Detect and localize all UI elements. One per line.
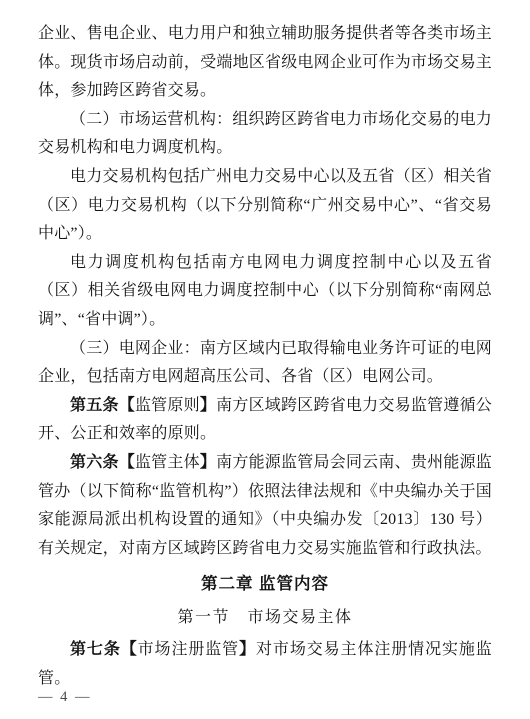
- paragraph: 电力交易机构包括广州电力交易中心以及五省（区）相关省（区）电力交易机构（以下分别…: [38, 163, 492, 249]
- article-label: 第五条【: [70, 397, 135, 414]
- paragraph-text: 监管主体: [135, 454, 200, 471]
- paragraph-text: 监管原则: [135, 397, 200, 414]
- paragraph: 企业、售电企业、电力用户和独立辅助服务提供者等各类市场主体。现货市场启动前，受端…: [38, 20, 492, 106]
- article-label: 】: [200, 397, 216, 414]
- paragraph-text: 企业、售电企业、电力用户和独立辅助服务提供者等各类市场主体。现货市场启动前，受端…: [38, 25, 492, 99]
- article-label: 】: [239, 641, 256, 658]
- paragraph: 第七条【市场注册监管】对市场交易主体注册情况实施监管。: [38, 636, 492, 693]
- article-label: 第六条【: [70, 454, 135, 471]
- article-label: 】: [200, 454, 216, 471]
- page-number: — 4 —: [38, 689, 92, 706]
- article-label: 第七条【: [70, 641, 138, 658]
- document-page: 企业、售电企业、电力用户和独立辅助服务提供者等各类市场主体。现货市场启动前，受端…: [0, 0, 530, 719]
- paragraph: 电力调度机构包括南方电网电力调度控制中心以及五省（区）相关省级电网电力调度控制中…: [38, 249, 492, 335]
- paragraph-text: （二）市场运营机构：组织跨区跨省电力市场化交易的电力交易机构和电力调度机构。: [38, 111, 492, 157]
- paragraph: （三）电网企业：南方区域内已取得输电业务许可证的电网企业，包括南方电网超高压公司…: [38, 335, 492, 392]
- paragraph: 第五条【监管原则】南方区域跨区跨省电力交易监管遵循公开、公正和效率的原则。: [38, 392, 492, 449]
- paragraph-text: 电力交易机构包括广州电力交易中心以及五省（区）相关省（区）电力交易机构（以下分别…: [38, 168, 492, 242]
- document-body: 企业、售电企业、电力用户和独立辅助服务提供者等各类市场主体。现货市场启动前，受端…: [38, 20, 492, 693]
- paragraph-text: 电力调度机构包括南方电网电力调度控制中心以及五省（区）相关省级电网电力调度控制中…: [38, 254, 492, 328]
- section-heading: 第一节 市场交易主体: [38, 603, 492, 632]
- chapter-heading: 第二章 监管内容: [38, 570, 492, 599]
- paragraph: 第六条【监管主体】南方能源监管局会同云南、贵州能源监管办（以下简称“监管机构”）…: [38, 449, 492, 563]
- paragraph: （二）市场运营机构：组织跨区跨省电力市场化交易的电力交易机构和电力调度机构。: [38, 106, 492, 163]
- paragraph-text: 市场注册监管: [138, 641, 239, 658]
- paragraph-text: （三）电网企业：南方区域内已取得输电业务许可证的电网企业，包括南方电网超高压公司…: [38, 340, 492, 386]
